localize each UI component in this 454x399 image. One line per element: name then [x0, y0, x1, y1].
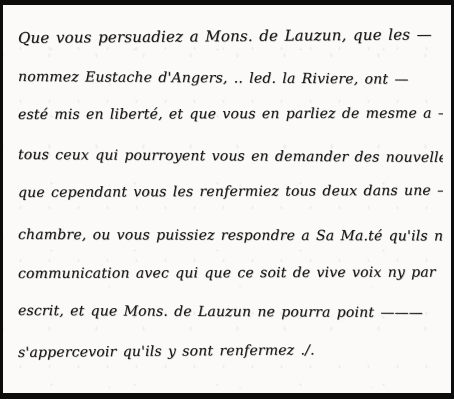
manuscript-line: esté mis en liberté, et que vous en parl… — [18, 106, 443, 125]
manuscript-line: tous ceux qui pourroyent vous en demande… — [18, 147, 443, 167]
manuscript-line: communication avec qui que ce soit de vi… — [18, 265, 443, 284]
manuscript-line: chambre, ou vous puissiez respondre a Sa… — [18, 227, 443, 246]
manuscript-line: nommez Eustache d'Angers, .. led. la Riv… — [18, 69, 443, 89]
manuscript-line: s'appercevoir qu'ils y sont renfermez ./… — [18, 341, 443, 362]
manuscript-line: que cependant vous les renfermiez tous d… — [18, 183, 443, 203]
manuscript-line: escrit, et que Mons. de Lauzun ne pourra… — [18, 303, 443, 323]
manuscript-page: Que vous persuadiez a Mons. de Lauzun, q… — [0, 0, 454, 399]
manuscript-line: Que vous persuadiez a Mons. de Lauzun, q… — [18, 25, 443, 47]
